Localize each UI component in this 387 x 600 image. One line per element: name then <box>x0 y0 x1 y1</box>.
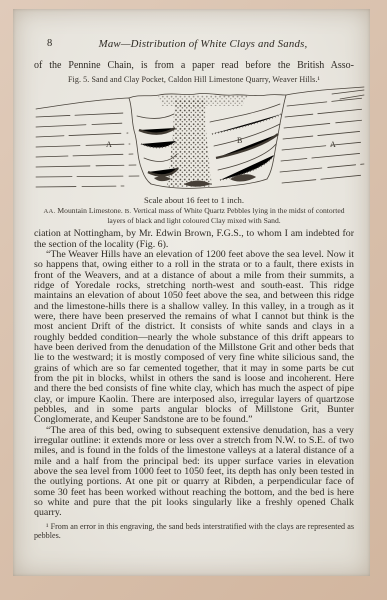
scanned-book-page: 8 Maw—Distribution of White Clays and Sa… <box>0 0 387 600</box>
figure-scale-note: Scale about 16 feet to 1 inch. <box>34 195 354 205</box>
footnote: ¹ From an error in this engraving, the s… <box>34 522 354 540</box>
page-number: 8 <box>47 38 52 49</box>
legend-aa-label: AA. <box>43 208 55 215</box>
paragraph-continuation: ciation at Nottingham, by Mr. Edwin Brow… <box>34 229 354 250</box>
figure-caption: Fig. 5. Sand and Clay Pocket, Caldon Hil… <box>34 75 354 84</box>
geological-section-figure: A B A <box>34 86 366 190</box>
page-header: 8 Maw—Distribution of White Clays and Sa… <box>34 38 354 51</box>
page-content: 8 Maw—Distribution of White Clays and Sa… <box>13 38 370 540</box>
figure-legend: AA. Mountain Limestone. B. Vertical mass… <box>37 207 351 225</box>
book-page: 8 Maw—Distribution of White Clays and Sa… <box>13 9 370 576</box>
legend-b-text: Vertical mass of White Quartz Pebbles ly… <box>107 206 344 225</box>
body-text: ciation at Nottingham, by Mr. Edwin Brow… <box>34 229 354 519</box>
running-header: Maw—Distribution of White Clays and Sand… <box>34 38 354 50</box>
figure-label-b: B <box>237 136 242 145</box>
figure-label-right-a: A <box>330 140 336 149</box>
figure-container: A B A <box>34 86 354 195</box>
legend-aa-text: Mountain Limestone. <box>56 206 125 215</box>
intro-line: of the Pennine Chain, is from a paper re… <box>34 60 354 71</box>
paragraph-weaver-hills: “The Weaver Hills have an elevation of 1… <box>34 250 354 426</box>
figure-label-left-a: A <box>106 140 112 149</box>
paragraph-bed-area: “The area of this bed, owing to subseque… <box>34 426 354 519</box>
